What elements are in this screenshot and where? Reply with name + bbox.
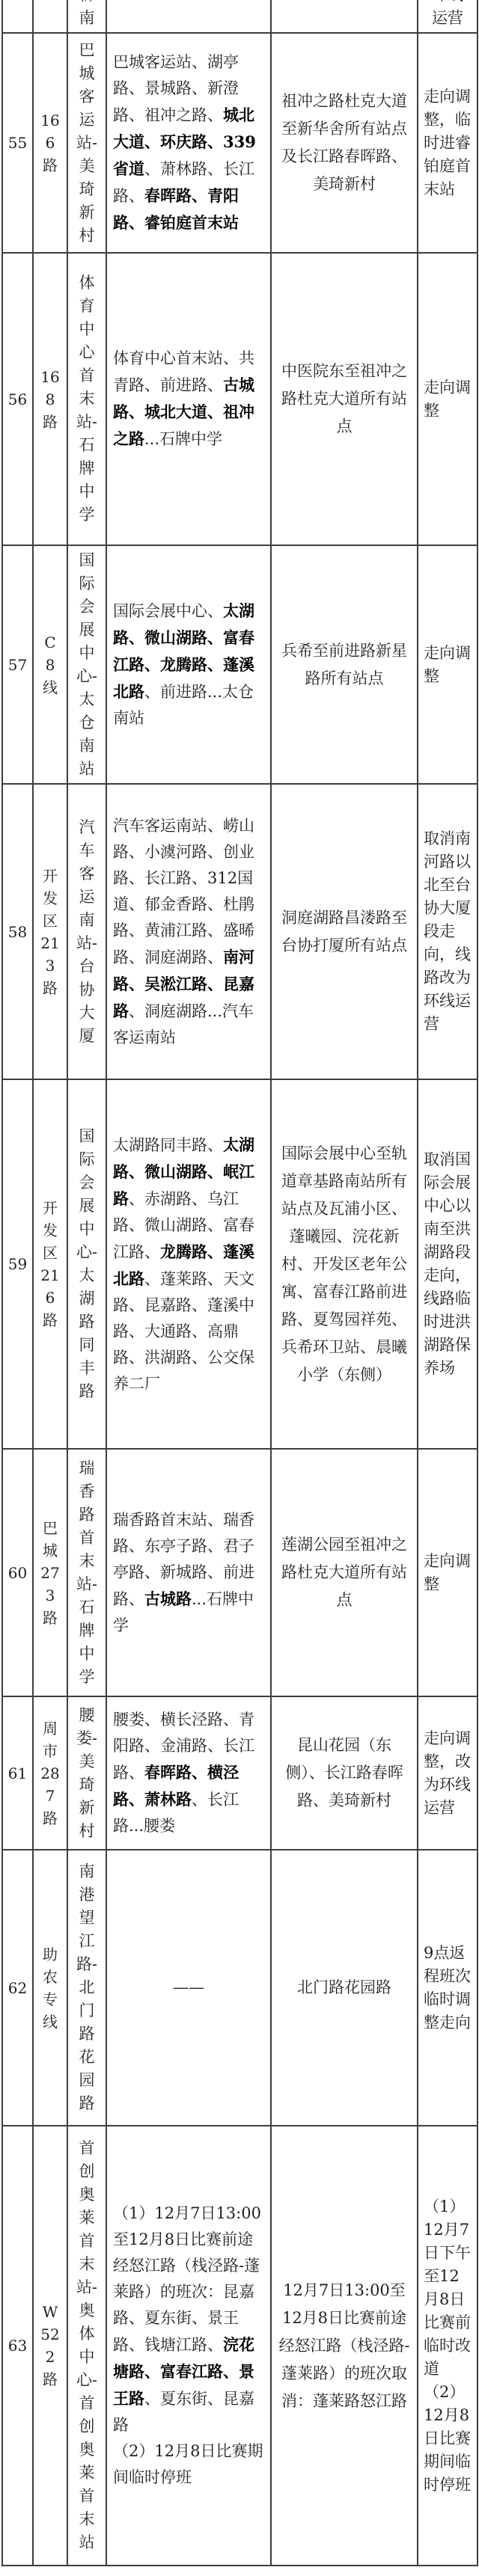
route-name: 首创奥莱首末站-奥体中心-首创奥莱首末站 <box>68 2137 106 2554</box>
route-name: 国际会展中心-太仓南站 <box>68 549 106 781</box>
route-no-cell: 168路 <box>33 253 67 545</box>
route-name-cell: 腰娄-美琦新村 <box>67 1696 106 1850</box>
route-name-clipped: 桥南 <box>68 0 106 30</box>
route-detail-cell: 巴城客运站、湖亭路、景城路、新澄路、祖冲之路、城北大道、环庆路、339省道、萧林… <box>106 33 271 253</box>
route-name: 汽车客运南站-台协大厦 <box>68 816 106 1048</box>
note-cell: 环线运营 <box>418 0 478 33</box>
affected-stops-cell: 北门路花园路 <box>271 1850 418 2126</box>
adjustment-note: 取消国际会展中心以南至洪湖路段走向，线路临时进洪湖路保养场 <box>418 1145 477 1383</box>
affected-stops-cell: 兵希至前进路新星路所有站点 <box>271 545 418 784</box>
route-detail: —— <box>107 1970 270 2005</box>
route-detail-cell: 国际会展中心、太湖路、微山湖路、富春江路、龙腾路、蓬溪北路、前进路...太仓南站 <box>106 545 271 784</box>
route-no-cell: W522路 <box>33 2126 67 2566</box>
note-cell: 9点返程班次临时调整走向 <box>418 1850 478 2126</box>
route-detail-cell <box>106 0 271 33</box>
adjustment-note: 取消南河路以北至台协大厦段走向，线路改为环线运营 <box>418 824 477 1039</box>
note-clipped: 环线运营 <box>418 0 477 30</box>
route-detail-cell: 瑞香路首末站、瑞香路、东亭子路、君子亭路、新城路、前进路、古城路...石牌中学 <box>106 1449 271 1696</box>
route-row-57: 57C8线国际会展中心-太仓南站国际会展中心、太湖路、微山湖路、富春江路、龙腾路… <box>2 545 478 784</box>
note-cell: （1）12月7日下午至12月8日比赛前临时改道（2）12月8日比赛期间临时停班 <box>418 2126 478 2566</box>
route-row-58: 58开发区213路汽车客运南站-台协大厦汽车客运南站、崂山路、小澞河路、创业路、… <box>2 784 478 1079</box>
route-detail: 汽车客运南站、崂山路、小澞河路、创业路、长江路、312国道、郁金香路、杜鹃路、黄… <box>107 809 270 1055</box>
seq-number: 59 <box>3 1255 32 1273</box>
seq-cell: 63 <box>2 2126 33 2566</box>
route-name-cell: 首创奥莱首末站-奥体中心-首创奥莱首末站 <box>67 2126 106 2566</box>
seq-cell: 62 <box>2 1850 33 2126</box>
route-detail: 国际会展中心、太湖路、微山湖路、富春江路、龙腾路、蓬溪北路、前进路...太仓南站 <box>107 593 270 736</box>
seq-number: 62 <box>3 1979 32 1997</box>
route-number: 168路 <box>34 366 67 433</box>
affected-stops-cell: 祖冲之路杜克大道至新华舍所有站点及长江路春晖路、美琦新村 <box>271 33 418 253</box>
affected-stops: 北门路花园路 <box>272 1971 417 2005</box>
seq-cell: 61 <box>2 1696 33 1850</box>
affected-stops: 莲湖公园至祖冲之路杜克大道所有站点 <box>272 1528 417 1617</box>
route-number: 166路 <box>34 109 67 177</box>
route-number: 开发区213路 <box>34 865 67 999</box>
bus-route-adjustment-table: 桥南环线运营55166路巴城客运站-美琦新村巴城客运站、湖亭路、景城路、新澄路、… <box>1 0 478 2566</box>
note-cell: 走向调整，改为环线运营 <box>418 1696 478 1850</box>
route-name-cell: 国际会展中心-太仓南站 <box>67 545 106 784</box>
route-row-59: 59开发区216路国际会展中心-太湖路同丰路太湖路同丰路、太湖路、微山湖路、岷江… <box>2 1079 478 1449</box>
note-cell: 取消南河路以北至台协大厦段走向，线路改为环线运营 <box>418 784 478 1079</box>
seq-cell <box>2 0 33 33</box>
route-detail: 巴城客运站、湖亭路、景城路、新澄路、祖冲之路、城北大道、环庆路、339省道、萧林… <box>107 45 270 241</box>
seq-cell: 59 <box>2 1079 33 1449</box>
route-detail-cell: 汽车客运南站、崂山路、小澞河路、创业路、长江路、312国道、郁金香路、杜鹃路、黄… <box>106 784 271 1079</box>
seq-cell: 57 <box>2 545 33 784</box>
route-detail-cell: —— <box>106 1850 271 2126</box>
note-cell: 走向调整 <box>418 253 478 545</box>
affected-stops: 中医院东至祖冲之路杜克大道所有站点 <box>272 355 417 444</box>
route-detail: （1）12月7日13:00至12月8日比赛前途经怒江路（栈泾路-蓬莱路）的班次：… <box>107 2196 270 2495</box>
route-name-cell: 瑞香路首末站-石牌中学 <box>67 1449 106 1696</box>
adjustment-note: 走向调整 <box>418 1547 477 1599</box>
route-number: C8线 <box>34 631 67 699</box>
affected-stops: 国际会展中心至轨道章基路南站所有站点及瓦浦小区、蓬曦园、浣花新村、开发区老年公寓… <box>272 1137 417 1392</box>
seq-cell: 56 <box>2 253 33 545</box>
affected-stops: 洞庭湖路昌溇路至台协打厦所有站点 <box>272 901 417 963</box>
route-name: 体育中心首末站-石牌中学 <box>68 272 106 527</box>
seq-cell: 58 <box>2 784 33 1079</box>
route-number: 助农专线 <box>34 1943 67 2033</box>
seq-number: 63 <box>3 2337 32 2355</box>
affected-stops-cell: 昆山花园（东侧）、长江路春晖路、美琦新村 <box>271 1696 418 1850</box>
route-name: 瑞香路首末站-石牌中学 <box>68 1457 106 1689</box>
seq-cell: 60 <box>2 1449 33 1696</box>
route-row-60: 60巴城273路瑞香路首末站-石牌中学瑞香路首末站、瑞香路、东亭子路、君子亭路、… <box>2 1449 478 1696</box>
adjustment-note: 走向调整，改为环线运营 <box>418 1724 477 1823</box>
route-name-cell: 桥南 <box>67 0 106 33</box>
route-detail: 瑞香路首末站、瑞香路、东亭子路、君子亭路、新城路、前进路、古城路...石牌中学 <box>107 1503 270 1643</box>
route-detail: 腰娄、横长泾路、青阳路、金浦路、长江路、春晖路、横泾路、萧林路、长江路...腰娄 <box>107 1702 270 1844</box>
route-row-56: 56168路体育中心首末站-石牌中学体育中心首末站、共青路、前进路、古城路、城北… <box>2 253 478 545</box>
note-cell: 取消国际会展中心以南至洪湖路段走向，线路临时进洪湖路保养场 <box>418 1079 478 1449</box>
affected-stops: 昆山花园（东侧）、长江路春晖路、美琦新村 <box>272 1729 417 1818</box>
affected-stops-cell: 12月7日13:00至12月8日比赛前途经怒江路（栈泾路-蓬莱路）的班次取消：蓬… <box>271 2126 418 2566</box>
route-name-cell: 体育中心首末站-石牌中学 <box>67 253 106 545</box>
seq-number: 60 <box>3 1564 32 1582</box>
route-number: W522路 <box>34 2301 67 2391</box>
route-number: 开发区216路 <box>34 1197 67 1331</box>
affected-stops: 兵希至前进路新星路所有站点 <box>272 634 417 696</box>
route-row-partial: 桥南环线运营 <box>2 0 478 33</box>
seq-number: 61 <box>3 1764 32 1782</box>
seq-number: 56 <box>3 390 32 408</box>
route-no-cell <box>33 0 67 33</box>
route-no-cell: 开发区216路 <box>33 1079 67 1449</box>
adjustment-note: 走向调整 <box>418 639 477 691</box>
route-no-cell: 166路 <box>33 33 67 253</box>
page: { "page": { "background": "#ffffff", "te… <box>0 0 479 2576</box>
seq-cell: 55 <box>2 33 33 253</box>
route-row-61: 61周市287路腰娄-美琦新村腰娄、横长泾路、青阳路、金浦路、长江路、春晖路、横… <box>2 1696 478 1850</box>
route-no-cell: 巴城273路 <box>33 1449 67 1696</box>
adjustment-note: 9点返程班次临时调整走向 <box>418 1939 477 2037</box>
affected-stops-cell: 莲湖公园至祖冲之路杜克大道所有站点 <box>271 1449 418 1696</box>
note-cell: 走向调整 <box>418 545 478 784</box>
route-detail-cell: 腰娄、横长泾路、青阳路、金浦路、长江路、春晖路、横泾路、萧林路、长江路...腰娄 <box>106 1696 271 1850</box>
seq-number: 57 <box>3 656 32 674</box>
route-number: 巴城273路 <box>34 1517 67 1629</box>
route-no-cell: 周市287路 <box>33 1696 67 1850</box>
affected-stops-cell <box>271 0 418 33</box>
route-name-cell: 汽车客运南站-台协大厦 <box>67 784 106 1079</box>
note-cell: 走向调整，临时进睿铂庭首末站 <box>418 33 478 253</box>
route-name: 国际会展中心-太湖路同丰路 <box>68 1125 106 1403</box>
route-row-62: 62助农专线南港望江路-北门路花园路——北门路花园路9点返程班次临时调整走向 <box>2 1850 478 2126</box>
route-no-cell: C8线 <box>33 545 67 784</box>
route-detail-cell: （1）12月7日13:00至12月8日比赛前途经怒江路（栈泾路-蓬莱路）的班次：… <box>106 2126 271 2566</box>
route-row-63: 63W522路首创奥莱首末站-奥体中心-首创奥莱首末站（1）12月7日13:00… <box>2 2126 478 2566</box>
affected-stops-cell: 洞庭湖路昌溇路至台协打厦所有站点 <box>271 784 418 1079</box>
affected-stops: 祖冲之路杜克大道至新华舍所有站点及长江路春晖路、美琦新村 <box>272 85 417 201</box>
route-row-55: 55166路巴城客运站-美琦新村巴城客运站、湖亭路、景城路、新澄路、祖冲之路、城… <box>2 33 478 253</box>
seq-number: 55 <box>3 134 32 152</box>
route-name-cell: 巴城客运站-美琦新村 <box>67 33 106 253</box>
route-no-cell: 开发区213路 <box>33 784 67 1079</box>
route-number: 周市287路 <box>34 1717 67 1830</box>
adjustment-note: 走向调整 <box>418 373 477 426</box>
route-name-cell: 国际会展中心-太湖路同丰路 <box>67 1079 106 1449</box>
route-name: 南港望江路-北门路花园路 <box>68 1860 106 2115</box>
adjustment-note: 走向调整，临时进睿铂庭首末站 <box>418 82 477 204</box>
route-name: 巴城客运站-美琦新村 <box>68 39 106 248</box>
route-detail: 太湖路同丰路、太湖路、微山湖路、岷江路、赤湖路、乌江路、微山湖路、富春江路、龙腾… <box>107 1127 270 1402</box>
affected-stops: 12月7日13:00至12月8日比赛前途经怒江路（栈泾路-蓬莱路）的班次取消：蓬… <box>272 2274 417 2418</box>
route-no-cell: 助农专线 <box>33 1850 67 2126</box>
adjustment-note: （1）12月7日下午至12月8日比赛前临时改道（2）12月8日比赛期间临时停班 <box>418 2192 477 2500</box>
seq-number: 58 <box>3 923 32 941</box>
route-name-cell: 南港望江路-北门路花园路 <box>67 1850 106 2126</box>
note-cell: 走向调整 <box>418 1449 478 1696</box>
route-name: 腰娄-美琦新村 <box>68 1704 106 1843</box>
route-detail-cell: 太湖路同丰路、太湖路、微山湖路、岷江路、赤湖路、乌江路、微山湖路、富春江路、龙腾… <box>106 1079 271 1449</box>
route-detail: 体育中心首末站、共青路、前进路、古城路、城北大道、祖冲之路...石牌中学 <box>107 341 270 457</box>
affected-stops-cell: 中医院东至祖冲之路杜克大道所有站点 <box>271 253 418 545</box>
affected-stops-cell: 国际会展中心至轨道章基路南站所有站点及瓦浦小区、蓬曦园、浣花新村、开发区老年公寓… <box>271 1079 418 1449</box>
route-detail-cell: 体育中心首末站、共青路、前进路、古城路、城北大道、祖冲之路...石牌中学 <box>106 253 271 545</box>
